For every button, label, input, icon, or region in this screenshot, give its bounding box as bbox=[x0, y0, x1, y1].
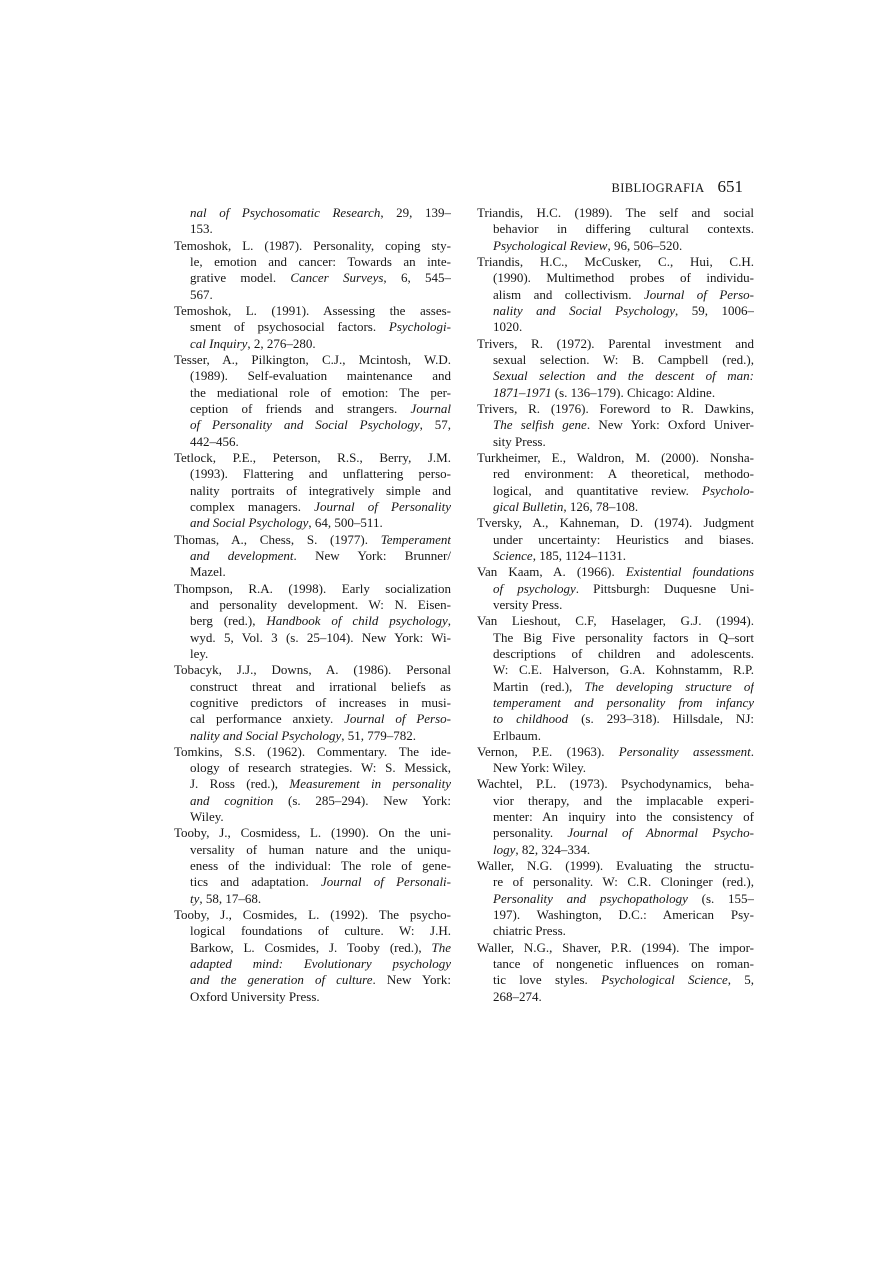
bib-line: ley. bbox=[174, 646, 451, 662]
column-right: Triandis, H.C. (1989). The self and soci… bbox=[477, 205, 754, 1005]
bib-entry: Tversky, A., Kahneman, D. (1974). Judgme… bbox=[477, 515, 754, 564]
bib-entry: Van Kaam, A. (1966). Existential foundat… bbox=[477, 564, 754, 613]
bib-line: tics and adaptation. Journal of Personal… bbox=[174, 874, 451, 890]
bib-line: Trivers, R. (1976). Foreword to R. Dawki… bbox=[477, 401, 754, 417]
bib-line: The Big Five personality factors in Q–so… bbox=[477, 630, 754, 646]
bib-line: Personality and psychopathology (s. 155– bbox=[477, 891, 754, 907]
bib-line: 567. bbox=[174, 287, 451, 303]
bib-line: eness of the individual: The role of gen… bbox=[174, 858, 451, 874]
bib-line: alism and collectivism. Journal of Perso… bbox=[477, 287, 754, 303]
bib-line: Waller, N.G. (1999). Evaluating the stru… bbox=[477, 858, 754, 874]
bib-entry: Triandis, H.C. (1989). The self and soci… bbox=[477, 205, 754, 254]
bib-line: Turkheimer, E., Waldron, M. (2000). Nons… bbox=[477, 450, 754, 466]
bib-line: Thomas, A., Chess, S. (1977). Temperamen… bbox=[174, 532, 451, 548]
bib-line: and cognition (s. 285–294). New York: bbox=[174, 793, 451, 809]
bib-line: Tomkins, S.S. (1962). Commentary. The id… bbox=[174, 744, 451, 760]
bib-line: Thompson, R.A. (1998). Early socializati… bbox=[174, 581, 451, 597]
bib-line: nality portraits of integratively simple… bbox=[174, 483, 451, 499]
bib-line: adapted mind: Evolutionary psychology bbox=[174, 956, 451, 972]
bib-entry: Wachtel, P.L. (1973). Psychodynamics, be… bbox=[477, 776, 754, 858]
bib-line: re of personality. W: C.R. Cloninger (re… bbox=[477, 874, 754, 890]
bib-line: behavior in differing cultural contexts. bbox=[477, 221, 754, 237]
bib-entry: Vernon, P.E. (1963). Personality assessm… bbox=[477, 744, 754, 777]
bib-entry: Tesser, A., Pilkington, C.J., Mcintosh, … bbox=[174, 352, 451, 450]
bib-line: nality and Social Psychology, 51, 779–78… bbox=[174, 728, 451, 744]
bib-entry: Thomas, A., Chess, S. (1977). Temperamen… bbox=[174, 532, 451, 581]
bib-line: and the generation of culture. New York: bbox=[174, 972, 451, 988]
bib-line: le, emotion and cancer: Towards an inte- bbox=[174, 254, 451, 270]
bib-line: The selfish gene. New York: Oxford Unive… bbox=[477, 417, 754, 433]
bib-line: logical, and quantitative review. Psycho… bbox=[477, 483, 754, 499]
bib-line: Wiley. bbox=[174, 809, 451, 825]
bib-line: construct threat and irrational beliefs … bbox=[174, 679, 451, 695]
bib-line: descriptions of children and adolescents… bbox=[477, 646, 754, 662]
bib-line: sity Press. bbox=[477, 434, 754, 450]
bib-line: to childhood (s. 293–318). Hillsdale, NJ… bbox=[477, 711, 754, 727]
bib-line: Van Kaam, A. (1966). Existential foundat… bbox=[477, 564, 754, 580]
bib-line: of psychology. Pittsburgh: Duquesne Uni- bbox=[477, 581, 754, 597]
bib-line: gical Bulletin, 126, 78–108. bbox=[477, 499, 754, 515]
bibliography: nal of Psychosomatic Research, 29, 139–1… bbox=[174, 205, 754, 1005]
bib-entry: Tooby, J., Cosmidess, L. (1990). On the … bbox=[174, 825, 451, 907]
bib-line: sment of psychosocial factors. Psycholog… bbox=[174, 319, 451, 335]
bib-line: Wachtel, P.L. (1973). Psychodynamics, be… bbox=[477, 776, 754, 792]
bib-line: and development. New York: Brunner/ bbox=[174, 548, 451, 564]
bib-line: vior therapy, and the implacable experi- bbox=[477, 793, 754, 809]
bib-line: Temoshok, L. (1987). Personality, coping… bbox=[174, 238, 451, 254]
bib-line: 442–456. bbox=[174, 434, 451, 450]
bib-line: Sexual selection and the descent of man: bbox=[477, 368, 754, 384]
bib-entry: Temoshok, L. (1987). Personality, coping… bbox=[174, 238, 451, 303]
bib-line: versality of human nature and the uniqu- bbox=[174, 842, 451, 858]
bib-line: ty, 58, 17–68. bbox=[174, 891, 451, 907]
bib-line: Tesser, A., Pilkington, C.J., Mcintosh, … bbox=[174, 352, 451, 368]
bib-line: Tooby, J., Cosmidess, L. (1990). On the … bbox=[174, 825, 451, 841]
bib-line: J. Ross (red.), Measurement in personali… bbox=[174, 776, 451, 792]
bib-line: nality and Social Psychology, 59, 1006– bbox=[477, 303, 754, 319]
book-page: { "header": { "title": "BIBLIOGRAFIA", "… bbox=[0, 0, 893, 1263]
bib-line: grative model. Cancer Surveys, 6, 545– bbox=[174, 270, 451, 286]
bib-line: under uncertainty: Heuristics and biases… bbox=[477, 532, 754, 548]
bib-entry: Tooby, J., Cosmides, L. (1992). The psyc… bbox=[174, 907, 451, 1005]
bib-line: Oxford University Press. bbox=[174, 989, 451, 1005]
bib-line: sexual selection. W: B. Campbell (red.), bbox=[477, 352, 754, 368]
bib-line: 1871–1971 (s. 136–179). Chicago: Aldine. bbox=[477, 385, 754, 401]
bib-line: Mazel. bbox=[174, 564, 451, 580]
bib-line: New York: Wiley. bbox=[477, 760, 754, 776]
bib-line: wyd. 5, Vol. 3 (s. 25–104). New York: Wi… bbox=[174, 630, 451, 646]
page-number: 651 bbox=[718, 177, 744, 197]
bib-line: 153. bbox=[174, 221, 451, 237]
bib-line: ology of research strategies. W: S. Mess… bbox=[174, 760, 451, 776]
bib-entry: Turkheimer, E., Waldron, M. (2000). Nons… bbox=[477, 450, 754, 515]
bib-line: cal performance anxiety. Journal of Pers… bbox=[174, 711, 451, 727]
bib-line: (1989). Self-evaluation maintenance and bbox=[174, 368, 451, 384]
bib-entry: Tobacyk, J.J., Downs, A. (1986). Persona… bbox=[174, 662, 451, 744]
bib-line: Martin (red.), The developing structure … bbox=[477, 679, 754, 695]
running-title: BIBLIOGRAFIA bbox=[612, 181, 705, 196]
column-left: nal of Psychosomatic Research, 29, 139–1… bbox=[174, 205, 451, 1005]
bib-line: cal Inquiry, 2, 276–280. bbox=[174, 336, 451, 352]
bib-entry: Trivers, R. (1972). Parental investment … bbox=[477, 336, 754, 401]
bib-line: 268–274. bbox=[477, 989, 754, 1005]
bib-line: Van Lieshout, C.F, Haselager, G.J. (1994… bbox=[477, 613, 754, 629]
bib-line: temperament and personality from infancy bbox=[477, 695, 754, 711]
bib-line: complex managers. Journal of Personality bbox=[174, 499, 451, 515]
bib-line: tic love styles. Psychological Science, … bbox=[477, 972, 754, 988]
bib-line: red environment: A theoretical, methodo- bbox=[477, 466, 754, 482]
bib-line: Science, 185, 1124–1131. bbox=[477, 548, 754, 564]
bib-line: Tobacyk, J.J., Downs, A. (1986). Persona… bbox=[174, 662, 451, 678]
bib-line: and personality development. W: N. Eisen… bbox=[174, 597, 451, 613]
bib-entry: Waller, N.G., Shaver, P.R. (1994). The i… bbox=[477, 940, 754, 1005]
bib-line: Temoshok, L. (1991). Assessing the asses… bbox=[174, 303, 451, 319]
bib-line: logical foundations of culture. W: J.H. bbox=[174, 923, 451, 939]
bib-line: logy, 82, 324–334. bbox=[477, 842, 754, 858]
bib-line: tance of nongenetic influences on roman- bbox=[477, 956, 754, 972]
bib-line: Waller, N.G., Shaver, P.R. (1994). The i… bbox=[477, 940, 754, 956]
bib-entry: nal of Psychosomatic Research, 29, 139–1… bbox=[174, 205, 451, 238]
bib-line: chiatric Press. bbox=[477, 923, 754, 939]
bib-line: (1990). Multimethod probes of individu- bbox=[477, 270, 754, 286]
bib-entry: Trivers, R. (1976). Foreword to R. Dawki… bbox=[477, 401, 754, 450]
bib-line: cognitive predictors of increases in mus… bbox=[174, 695, 451, 711]
bib-line: Tetlock, P.E., Peterson, R.S., Berry, J.… bbox=[174, 450, 451, 466]
bib-line: Tooby, J., Cosmides, L. (1992). The psyc… bbox=[174, 907, 451, 923]
bib-line: of Personality and Social Psychology, 57… bbox=[174, 417, 451, 433]
bib-line: and Social Psychology, 64, 500–511. bbox=[174, 515, 451, 531]
bib-line: 1020. bbox=[477, 319, 754, 335]
bib-line: berg (red.), Handbook of child psycholog… bbox=[174, 613, 451, 629]
bib-line: W: C.E. Halverson, G.A. Kohnstamm, R.P. bbox=[477, 662, 754, 678]
bib-line: Triandis, H.C., McCusker, C., Hui, C.H. bbox=[477, 254, 754, 270]
bib-line: ception of friends and strangers. Journa… bbox=[174, 401, 451, 417]
bib-line: nal of Psychosomatic Research, 29, 139– bbox=[174, 205, 451, 221]
bib-line: personality. Journal of Abnormal Psycho- bbox=[477, 825, 754, 841]
bib-entry: Waller, N.G. (1999). Evaluating the stru… bbox=[477, 858, 754, 940]
bib-entry: Van Lieshout, C.F, Haselager, G.J. (1994… bbox=[477, 613, 754, 744]
bib-line: the mediational role of emotion: The per… bbox=[174, 385, 451, 401]
bib-entry: Thompson, R.A. (1998). Early socializati… bbox=[174, 581, 451, 663]
bib-line: Erlbaum. bbox=[477, 728, 754, 744]
page-header: BIBLIOGRAFIA 651 bbox=[612, 177, 744, 197]
bib-entry: Temoshok, L. (1991). Assessing the asses… bbox=[174, 303, 451, 352]
bib-line: 197). Washington, D.C.: American Psy- bbox=[477, 907, 754, 923]
bib-entry: Tomkins, S.S. (1962). Commentary. The id… bbox=[174, 744, 451, 826]
bib-entry: Triandis, H.C., McCusker, C., Hui, C.H.(… bbox=[477, 254, 754, 336]
bib-line: Vernon, P.E. (1963). Personality assessm… bbox=[477, 744, 754, 760]
bib-line: menter: An inquiry into the consistency … bbox=[477, 809, 754, 825]
bib-line: versity Press. bbox=[477, 597, 754, 613]
bib-line: Tversky, A., Kahneman, D. (1974). Judgme… bbox=[477, 515, 754, 531]
bib-line: Psychological Review, 96, 506–520. bbox=[477, 238, 754, 254]
bib-line: Barkow, L. Cosmides, J. Tooby (red.), Th… bbox=[174, 940, 451, 956]
bib-line: (1993). Flattering and unflattering pers… bbox=[174, 466, 451, 482]
bib-line: Trivers, R. (1972). Parental investment … bbox=[477, 336, 754, 352]
bib-entry: Tetlock, P.E., Peterson, R.S., Berry, J.… bbox=[174, 450, 451, 532]
bib-line: Triandis, H.C. (1989). The self and soci… bbox=[477, 205, 754, 221]
